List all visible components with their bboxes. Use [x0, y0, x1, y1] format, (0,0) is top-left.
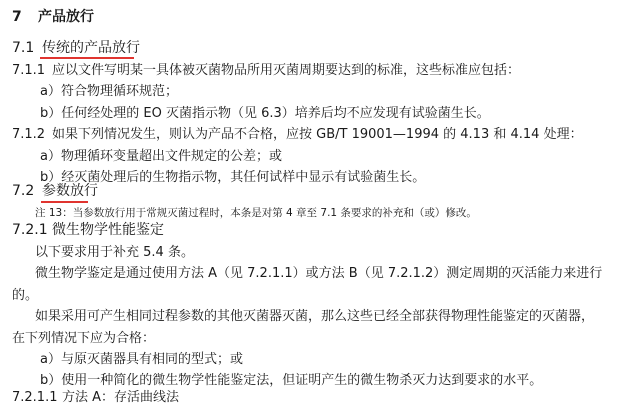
clause-number: 7.1.1	[12, 63, 52, 79]
section-number: 7	[12, 9, 38, 25]
section-7-2-heading: 7.2参数放行	[12, 183, 98, 199]
paragraph: 以下要求用于补充 5.4 条。	[35, 245, 194, 261]
list-item: b）任何经处理的 EO 灭菌指示物（见 6.3）培养后均不应发现有试验菌生长。	[40, 106, 490, 122]
clause-7-1-2: 7.1.2如果下列情况发生，则认为产品不合格，应按 GB/T 19001—199…	[12, 127, 583, 143]
paragraph-continuation: 的。	[12, 288, 38, 304]
section-number: 7.1	[12, 40, 42, 56]
clause-title: 方法 A：存活曲线法	[62, 390, 179, 405]
list-item: a）与原灭菌器具有相同的型式；或	[40, 352, 243, 368]
section-title: 参数放行	[42, 183, 98, 199]
red-underline	[41, 201, 88, 203]
paragraph-continuation: 在下列情况下应为合格：	[12, 331, 155, 347]
clause-number: 7.2.1.1	[12, 390, 62, 406]
clause-number: 7.2.1	[12, 222, 52, 238]
section-title: 传统的产品放行	[42, 40, 140, 56]
clause-text: 如果下列情况发生，则认为产品不合格，应按 GB/T 19001—1994 的 4…	[52, 127, 583, 142]
section-title: 产品放行	[38, 9, 94, 25]
section-7-1-heading: 7.1传统的产品放行	[12, 40, 140, 56]
paragraph: 微生物学鉴定是通过使用方法 A（见 7.2.1.1）或方法 B（见 7.2.1.…	[35, 266, 602, 282]
clause-title: 微生物学性能鉴定	[52, 222, 164, 238]
section-number: 7.2	[12, 183, 42, 199]
red-underline	[40, 57, 134, 59]
clause-7-2-1-heading: 7.2.1微生物学性能鉴定	[12, 222, 164, 238]
note-13: 注 13：当参数放行用于常规灭菌过程时，本条是对第 4 章至 7.1 条要求的补…	[35, 205, 477, 221]
list-item: a）符合物理循环规范；	[40, 84, 178, 100]
clause-number: 7.1.2	[12, 127, 52, 143]
section-7-heading: 7产品放行	[12, 9, 94, 25]
clause-7-1-1: 7.1.1应以文件写明某一具体被灭菌物品所用灭菌周期要达到的标准，这些标准应包括…	[12, 63, 520, 79]
clause-text: 应以文件写明某一具体被灭菌物品所用灭菌周期要达到的标准，这些标准应包括：	[52, 63, 520, 78]
paragraph: 如果采用可产生相同过程参数的其他灭菌器灭菌，那么这些已经全部获得物理性能鉴定的灭…	[35, 309, 594, 325]
list-item: a）物理循环变量超出文件规定的公差；或	[40, 149, 282, 165]
clause-7-2-1-1-heading: 7.2.1.1方法 A：存活曲线法	[12, 390, 179, 406]
list-item: b）使用一种简化的微生物学性能鉴定法，但证明产生的微生物杀灭力达到要求的水平。	[40, 373, 542, 389]
